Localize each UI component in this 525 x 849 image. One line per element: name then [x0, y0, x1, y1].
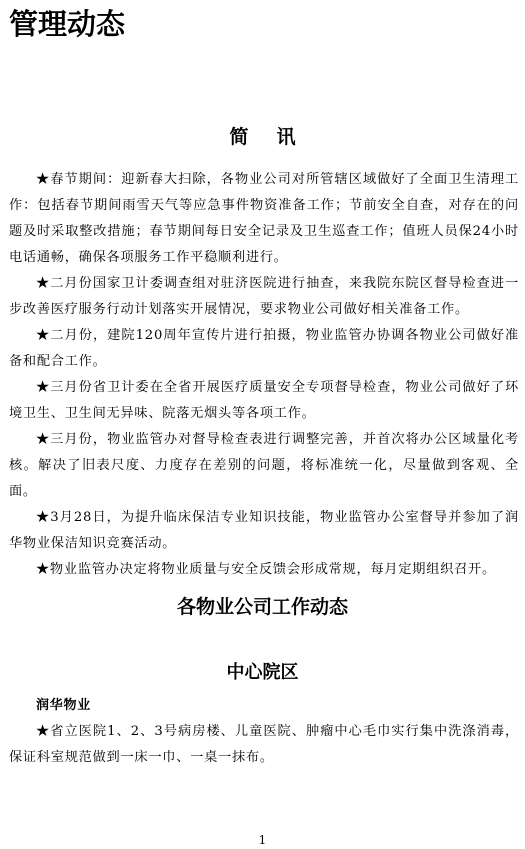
- brief-section-heading: 简讯: [0, 124, 525, 150]
- brief-item: ★春节期间：迎新春大扫除，各物业公司对所管辖区域做好了全面卫生清理工作：包括春节…: [9, 167, 519, 271]
- brief-heading-right: 讯: [277, 126, 296, 148]
- brief-item: ★二月份，建院120周年宣传片进行拍摄，物业监管办协调各物业公司做好准备和配合工…: [9, 323, 519, 375]
- district-content: 润华物业 ★省立医院1、2、3号病房楼、儿童医院、肿瘤中心毛巾实行集中洗涤消毒，…: [9, 693, 519, 771]
- brief-item: ★物业监管办决定将物业质量与安全反馈会形成常规，每月定期组织召开。: [9, 557, 519, 583]
- brief-items: ★春节期间：迎新春大扫除，各物业公司对所管辖区域做好了全面卫生清理工作：包括春节…: [9, 167, 519, 583]
- brief-item: ★二月份国家卫计委调查组对驻济医院进行抽查，来我院东院区督导检查进一步改善医疗服…: [9, 271, 519, 323]
- brief-heading-left: 简: [229, 126, 248, 148]
- company-item: ★省立医院1、2、3号病房楼、儿童医院、肿瘤中心毛巾实行集中洗涤消毒，保证科室规…: [9, 719, 519, 771]
- page-number: 1: [0, 832, 525, 848]
- district-heading: 中心院区: [0, 660, 525, 686]
- brief-item: ★三月份省卫计委在全省开展医疗质量安全专项督导检查，物业公司做好了环境卫生、卫生…: [9, 375, 519, 427]
- page-title: 管理动态: [9, 6, 125, 42]
- companies-section-heading: 各物业公司工作动态: [0, 594, 525, 620]
- brief-item: ★3月28日，为提升临床保洁专业知识技能，物业监管办公室督导并参加了润华物业保洁…: [9, 505, 519, 557]
- brief-item: ★三月份，物业监管办对督导检查表进行调整完善，并首次将办公区域量化考核。解决了旧…: [9, 427, 519, 505]
- company-name: 润华物业: [9, 693, 519, 719]
